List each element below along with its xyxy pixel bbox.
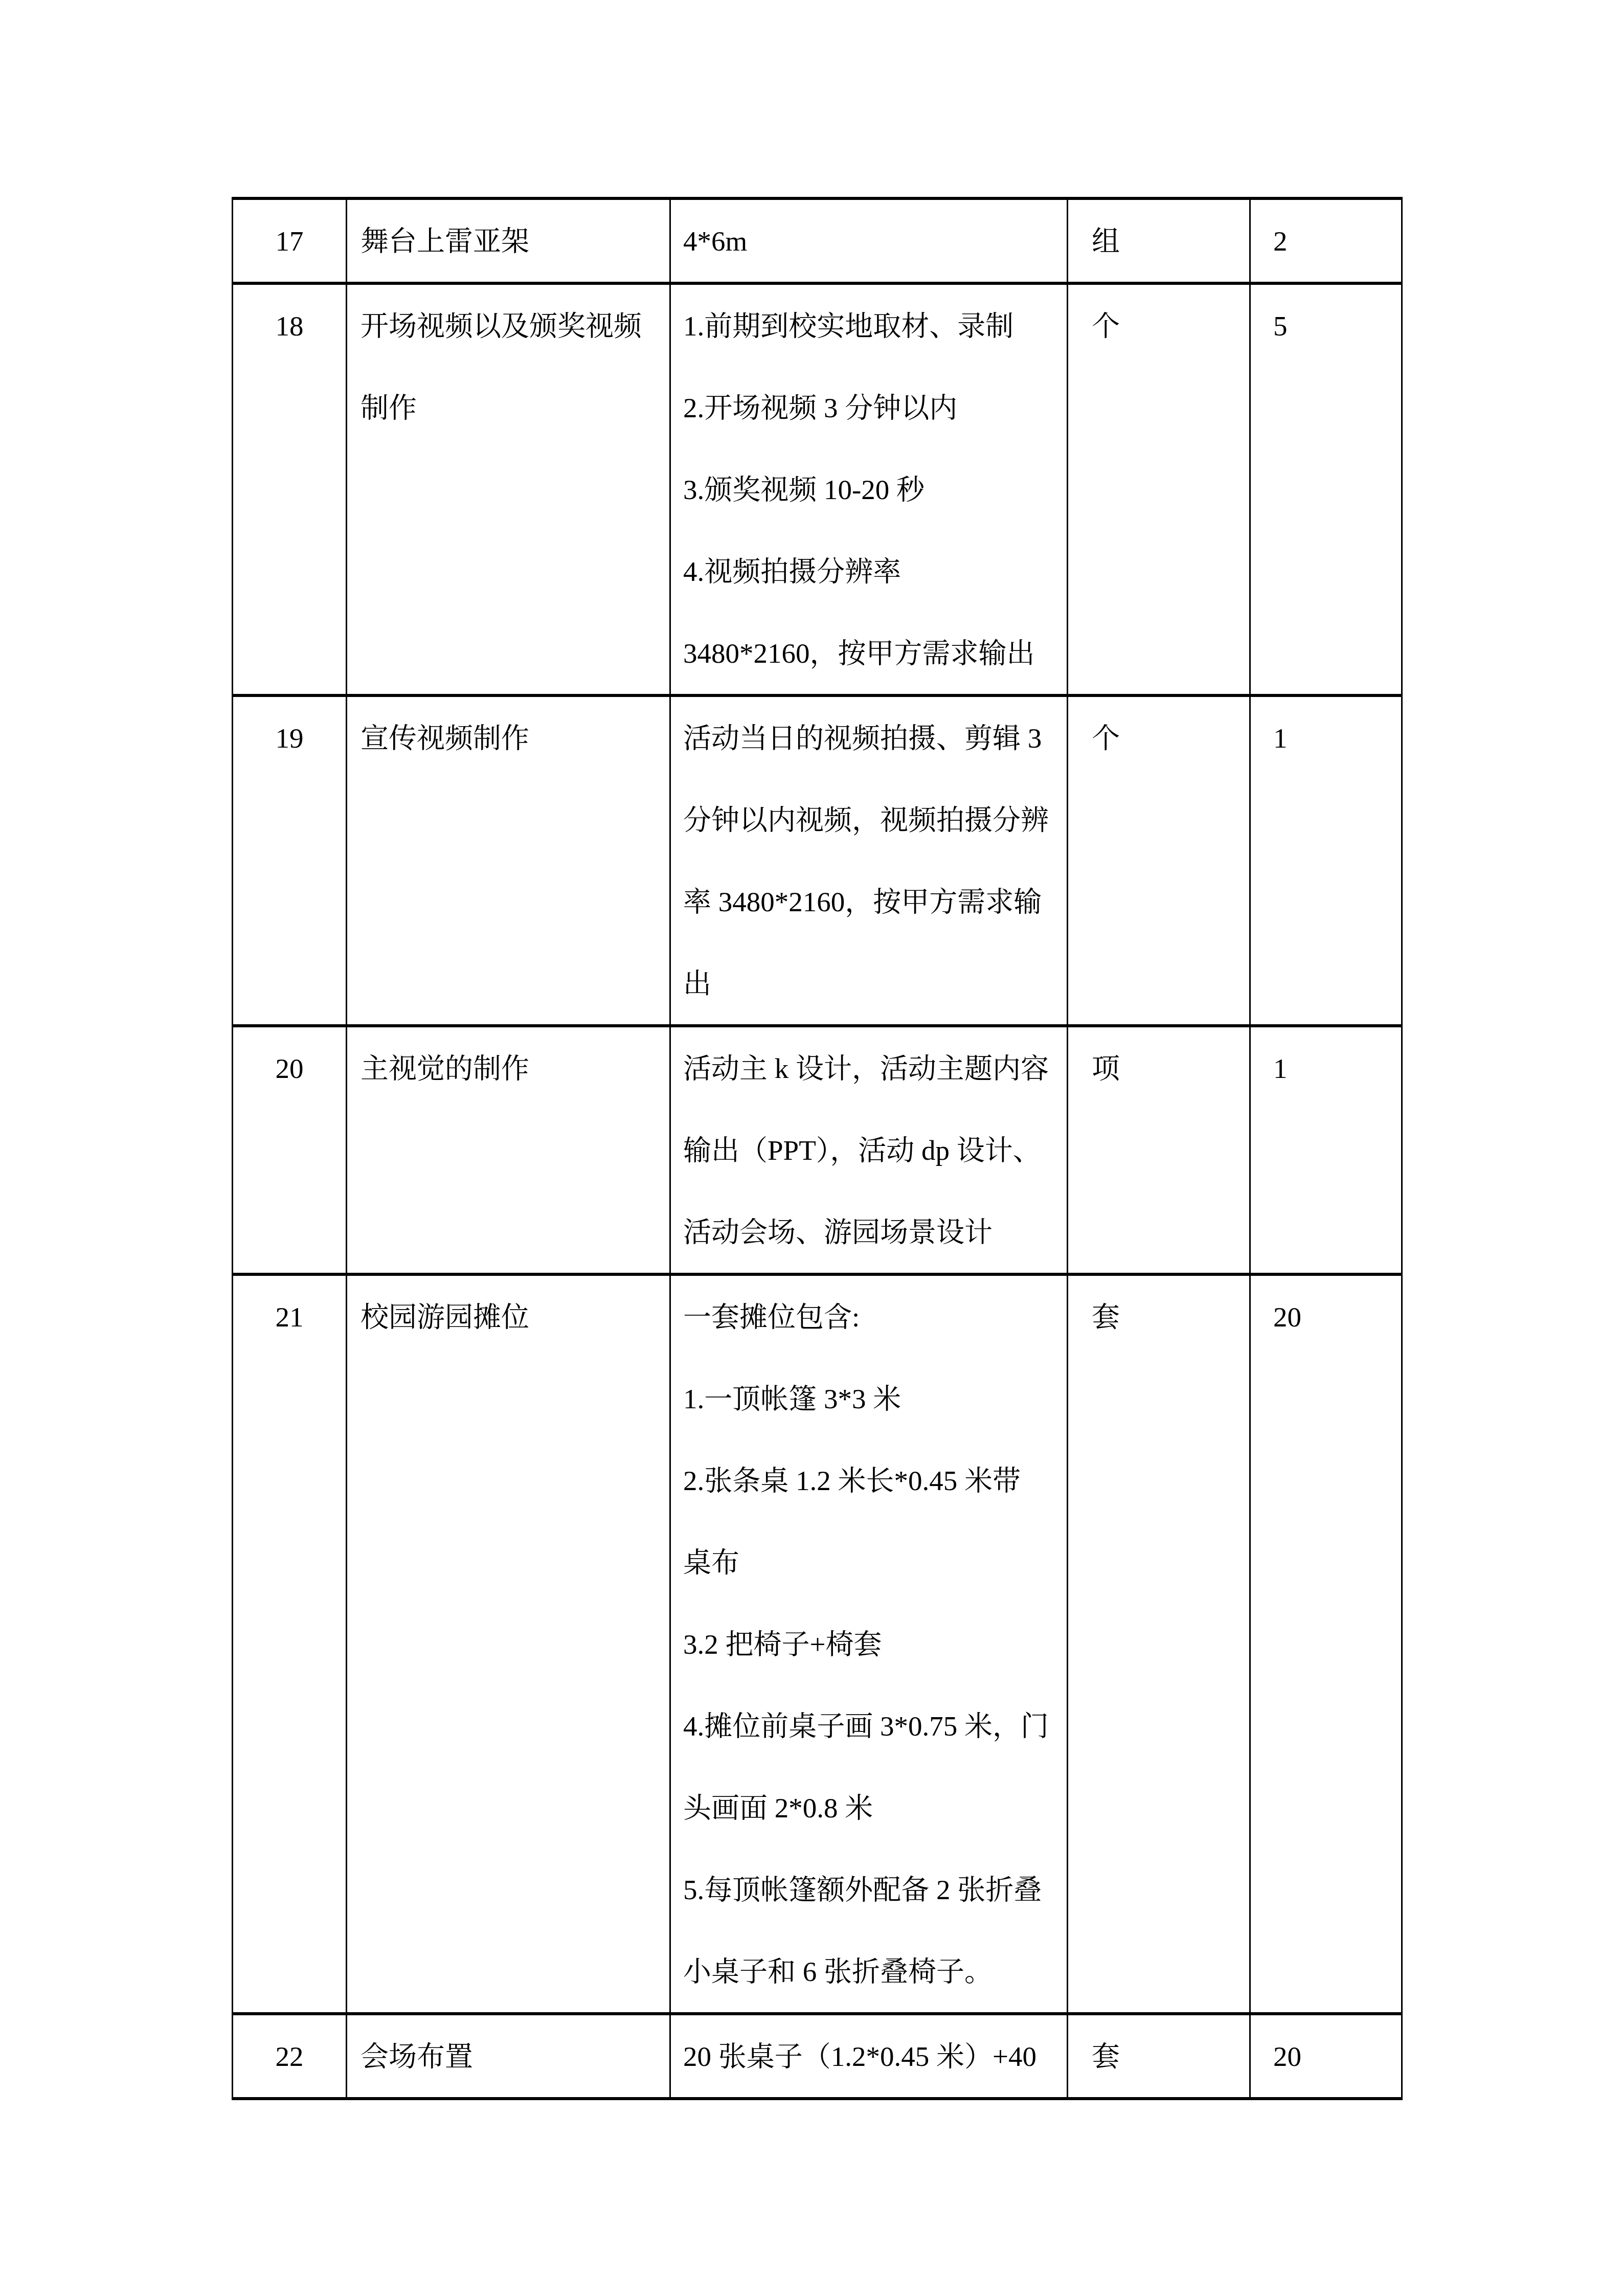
table-row: 20 主视觉的制作 活动主 k 设计，活动主题内容输出（PPT），活动 dp 设… bbox=[233, 1026, 1402, 1274]
item-description-cell: 1.前期到校实地取材、录制2.开场视频 3 分钟以内3.颁奖视频 10-20 秒… bbox=[670, 283, 1068, 695]
unit-value: 套 bbox=[1068, 1276, 1249, 1358]
quantity-cell: 1 bbox=[1250, 695, 1402, 1026]
item-name-line: 开场视频以及颁奖视频 bbox=[347, 285, 669, 367]
item-description-line: 率 3480*2160，按甲方需求输 bbox=[671, 861, 1067, 942]
quantity-value: 1 bbox=[1251, 1027, 1401, 1109]
item-description-line: 输出（PPT），活动 dp 设计、 bbox=[671, 1109, 1067, 1191]
item-description-line: 桌布 bbox=[671, 1521, 1067, 1603]
item-name-cell: 开场视频以及颁奖视频制作 bbox=[347, 283, 670, 695]
item-description-line: 活动会场、游园场景设计 bbox=[671, 1191, 1067, 1273]
row-number-cell: 18 bbox=[233, 283, 347, 695]
item-description-line: 头画面 2*0.8 米 bbox=[671, 1767, 1067, 1849]
row-number: 18 bbox=[233, 285, 346, 367]
row-number: 17 bbox=[233, 200, 346, 282]
item-name-cell: 会场布置 bbox=[347, 2014, 670, 2099]
unit-value: 个 bbox=[1068, 285, 1249, 367]
row-number-cell: 19 bbox=[233, 695, 347, 1026]
item-name-cell: 宣传视频制作 bbox=[347, 695, 670, 1026]
document-page: 17 舞台上雷亚架 4*6m 组 2 18 开场视频以及颁奖视频制作 1.前期到… bbox=[0, 0, 1623, 2296]
item-description-line: 1.一顶帐篷 3*3 米 bbox=[671, 1358, 1067, 1439]
item-description-line: 活动当日的视频拍摄、剪辑 3 bbox=[671, 697, 1067, 779]
quantity-cell: 2 bbox=[1250, 198, 1402, 283]
quantity-cell: 5 bbox=[1250, 283, 1402, 695]
item-description-line: 4*6m bbox=[671, 200, 1067, 282]
item-description-line: 3.颁奖视频 10-20 秒 bbox=[671, 448, 1067, 530]
item-name-cell: 主视觉的制作 bbox=[347, 1026, 670, 1274]
table-row: 18 开场视频以及颁奖视频制作 1.前期到校实地取材、录制2.开场视频 3 分钟… bbox=[233, 283, 1402, 695]
item-description-line: 4.摊位前桌子画 3*0.75 米，门 bbox=[671, 1685, 1067, 1767]
item-description-line: 分钟以内视频，视频拍摄分辨 bbox=[671, 779, 1067, 861]
item-description-line: 1.前期到校实地取材、录制 bbox=[671, 285, 1067, 367]
quantity-value: 20 bbox=[1251, 2015, 1401, 2097]
item-description-cell: 一套摊位包含:1.一顶帐篷 3*3 米2.张条桌 1.2 米长*0.45 米带桌… bbox=[670, 1274, 1068, 2014]
table-row: 21 校园游园摊位 一套摊位包含:1.一顶帐篷 3*3 米2.张条桌 1.2 米… bbox=[233, 1274, 1402, 2014]
item-name-cell: 舞台上雷亚架 bbox=[347, 198, 670, 283]
quantity-cell: 1 bbox=[1250, 1026, 1402, 1274]
row-number: 21 bbox=[233, 1276, 346, 1358]
quantity-cell: 20 bbox=[1250, 1274, 1402, 2014]
table-row: 17 舞台上雷亚架 4*6m 组 2 bbox=[233, 198, 1402, 283]
table-row: 19 宣传视频制作 活动当日的视频拍摄、剪辑 3分钟以内视频，视频拍摄分辨率 3… bbox=[233, 695, 1402, 1026]
unit-value: 套 bbox=[1068, 2015, 1249, 2097]
item-description-line: 2.张条桌 1.2 米长*0.45 米带 bbox=[671, 1439, 1067, 1521]
row-number-cell: 17 bbox=[233, 198, 347, 283]
row-number: 19 bbox=[233, 697, 346, 779]
item-description-line: 3480*2160，按甲方需求输出 bbox=[671, 612, 1067, 694]
unit-cell: 套 bbox=[1068, 1274, 1250, 2014]
item-description-line: 活动主 k 设计，活动主题内容 bbox=[671, 1027, 1067, 1109]
row-number: 22 bbox=[233, 2015, 346, 2097]
item-description-line: 一套摊位包含: bbox=[671, 1276, 1067, 1358]
unit-value: 项 bbox=[1068, 1027, 1249, 1109]
item-name-line: 主视觉的制作 bbox=[347, 1027, 669, 1109]
table-row: 22 会场布置 20 张桌子（1.2*0.45 米）+40 套 20 bbox=[233, 2014, 1402, 2099]
item-name-line: 会场布置 bbox=[347, 2015, 669, 2097]
quantity-value: 2 bbox=[1251, 200, 1401, 282]
item-description-line: 5.每顶帐篷额外配备 2 张折叠 bbox=[671, 1849, 1067, 1930]
item-description-line: 20 张桌子（1.2*0.45 米）+40 bbox=[671, 2015, 1067, 2097]
row-number-cell: 22 bbox=[233, 2014, 347, 2099]
quantity-value: 1 bbox=[1251, 697, 1401, 779]
item-description-line: 4.视频拍摄分辨率 bbox=[671, 530, 1067, 612]
quantity-cell: 20 bbox=[1250, 2014, 1402, 2099]
unit-cell: 套 bbox=[1068, 2014, 1250, 2099]
unit-cell: 个 bbox=[1068, 283, 1250, 695]
item-description-cell: 4*6m bbox=[670, 198, 1068, 283]
unit-value: 组 bbox=[1068, 200, 1249, 282]
unit-cell: 组 bbox=[1068, 198, 1250, 283]
item-description-line: 出 bbox=[671, 942, 1067, 1024]
item-name-line: 校园游园摊位 bbox=[347, 1276, 669, 1358]
item-description-line: 小桌子和 6 张折叠椅子。 bbox=[671, 1930, 1067, 2012]
quantity-value: 20 bbox=[1251, 1276, 1401, 1358]
unit-cell: 个 bbox=[1068, 695, 1250, 1026]
item-description-cell: 20 张桌子（1.2*0.45 米）+40 bbox=[670, 2014, 1068, 2099]
row-number: 20 bbox=[233, 1027, 346, 1109]
item-description-cell: 活动当日的视频拍摄、剪辑 3分钟以内视频，视频拍摄分辨率 3480*2160，按… bbox=[670, 695, 1068, 1026]
item-name-line: 宣传视频制作 bbox=[347, 697, 669, 779]
item-description-cell: 活动主 k 设计，活动主题内容输出（PPT），活动 dp 设计、活动会场、游园场… bbox=[670, 1026, 1068, 1274]
items-table: 17 舞台上雷亚架 4*6m 组 2 18 开场视频以及颁奖视频制作 1.前期到… bbox=[232, 197, 1403, 2100]
item-description-line: 3.2 把椅子+椅套 bbox=[671, 1603, 1067, 1685]
row-number-cell: 21 bbox=[233, 1274, 347, 2014]
unit-value: 个 bbox=[1068, 697, 1249, 779]
item-description-line: 2.开场视频 3 分钟以内 bbox=[671, 367, 1067, 448]
unit-cell: 项 bbox=[1068, 1026, 1250, 1274]
item-name-cell: 校园游园摊位 bbox=[347, 1274, 670, 2014]
quantity-value: 5 bbox=[1251, 285, 1401, 367]
row-number-cell: 20 bbox=[233, 1026, 347, 1274]
item-name-line: 制作 bbox=[347, 367, 669, 448]
item-name-line: 舞台上雷亚架 bbox=[347, 200, 669, 282]
